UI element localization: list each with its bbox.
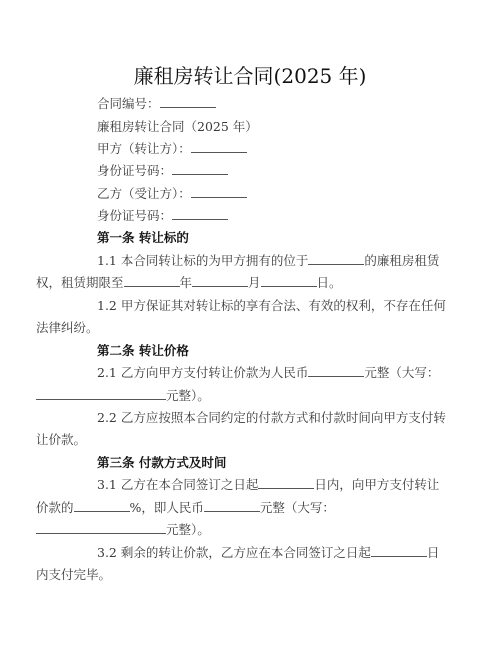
article3-heading: 第三条 付款方式及时间 (97, 453, 226, 471)
clause-3-1-cont: 价款的%，即人民币元整（大写： (36, 498, 335, 516)
party-a-id-blank[interactable] (172, 163, 228, 175)
contract-number-line: 合同编号： (97, 94, 216, 112)
amount-blank[interactable] (204, 500, 260, 512)
price-uppercase-blank[interactable] (36, 388, 166, 400)
clause-3-1: 3.1 乙方在本合同签订之日起日内，向甲方支付转让 (97, 475, 439, 493)
month-blank[interactable] (192, 275, 248, 287)
party-b-line: 乙方（受让方）： (97, 184, 247, 202)
article2-heading: 第二条 转让价格 (97, 341, 189, 359)
clause-3-1-cont2: 元整）。 (36, 520, 210, 538)
clause-1-1: 1.1 本合同转让标的为甲方拥有的位于的廉租房租赁 (97, 251, 439, 269)
party-b-blank[interactable] (191, 186, 247, 198)
clause-1-2-cont: 法律纠纷。 (36, 318, 99, 336)
day-blank[interactable] (261, 275, 317, 287)
clause-2-1: 2.1 乙方向甲方支付转让价款为人民币元整（大写： (97, 363, 439, 381)
party-a-id-line: 身份证号码： (97, 161, 228, 179)
percent-blank[interactable] (74, 500, 130, 512)
clause-1-1-cont: 权，租赁期限至年月日。 (36, 273, 342, 291)
clause-2-1-cont: 元整）。 (36, 386, 210, 404)
article1-heading: 第一条 转让标的 (97, 228, 189, 246)
party-b-id-blank[interactable] (172, 208, 228, 220)
remaining-days-blank[interactable] (371, 545, 427, 557)
contract-number-blank[interactable] (160, 96, 216, 108)
price-blank[interactable] (308, 365, 364, 377)
clause-1-2: 1.2 甲方保证其对转让标的享有合法、有效的权利，不存在任何 (97, 296, 446, 314)
year-blank[interactable] (124, 275, 180, 287)
party-a-blank[interactable] (191, 141, 247, 153)
amount-uppercase-blank[interactable] (36, 522, 166, 534)
clause-2-2: 2.2 乙方应按照本合同约定的付款方式和付款时间向甲方支付转 (97, 408, 446, 426)
location-blank[interactable] (308, 253, 364, 265)
party-b-id-line: 身份证号码： (97, 206, 228, 224)
clause-3-2-cont: 内支付完毕。 (36, 565, 111, 583)
contract-title: 廉租房转让合同(2025 年) (0, 60, 500, 89)
contract-name-line: 廉租房转让合同（2025 年） (97, 117, 258, 135)
party-a-line: 甲方（转让方）： (97, 139, 247, 157)
clause-2-2-cont: 让价款。 (36, 430, 86, 448)
days-blank[interactable] (258, 477, 314, 489)
clause-3-2: 3.2 剩余的转让价款，乙方应在本合同签订之日起日 (97, 543, 439, 561)
